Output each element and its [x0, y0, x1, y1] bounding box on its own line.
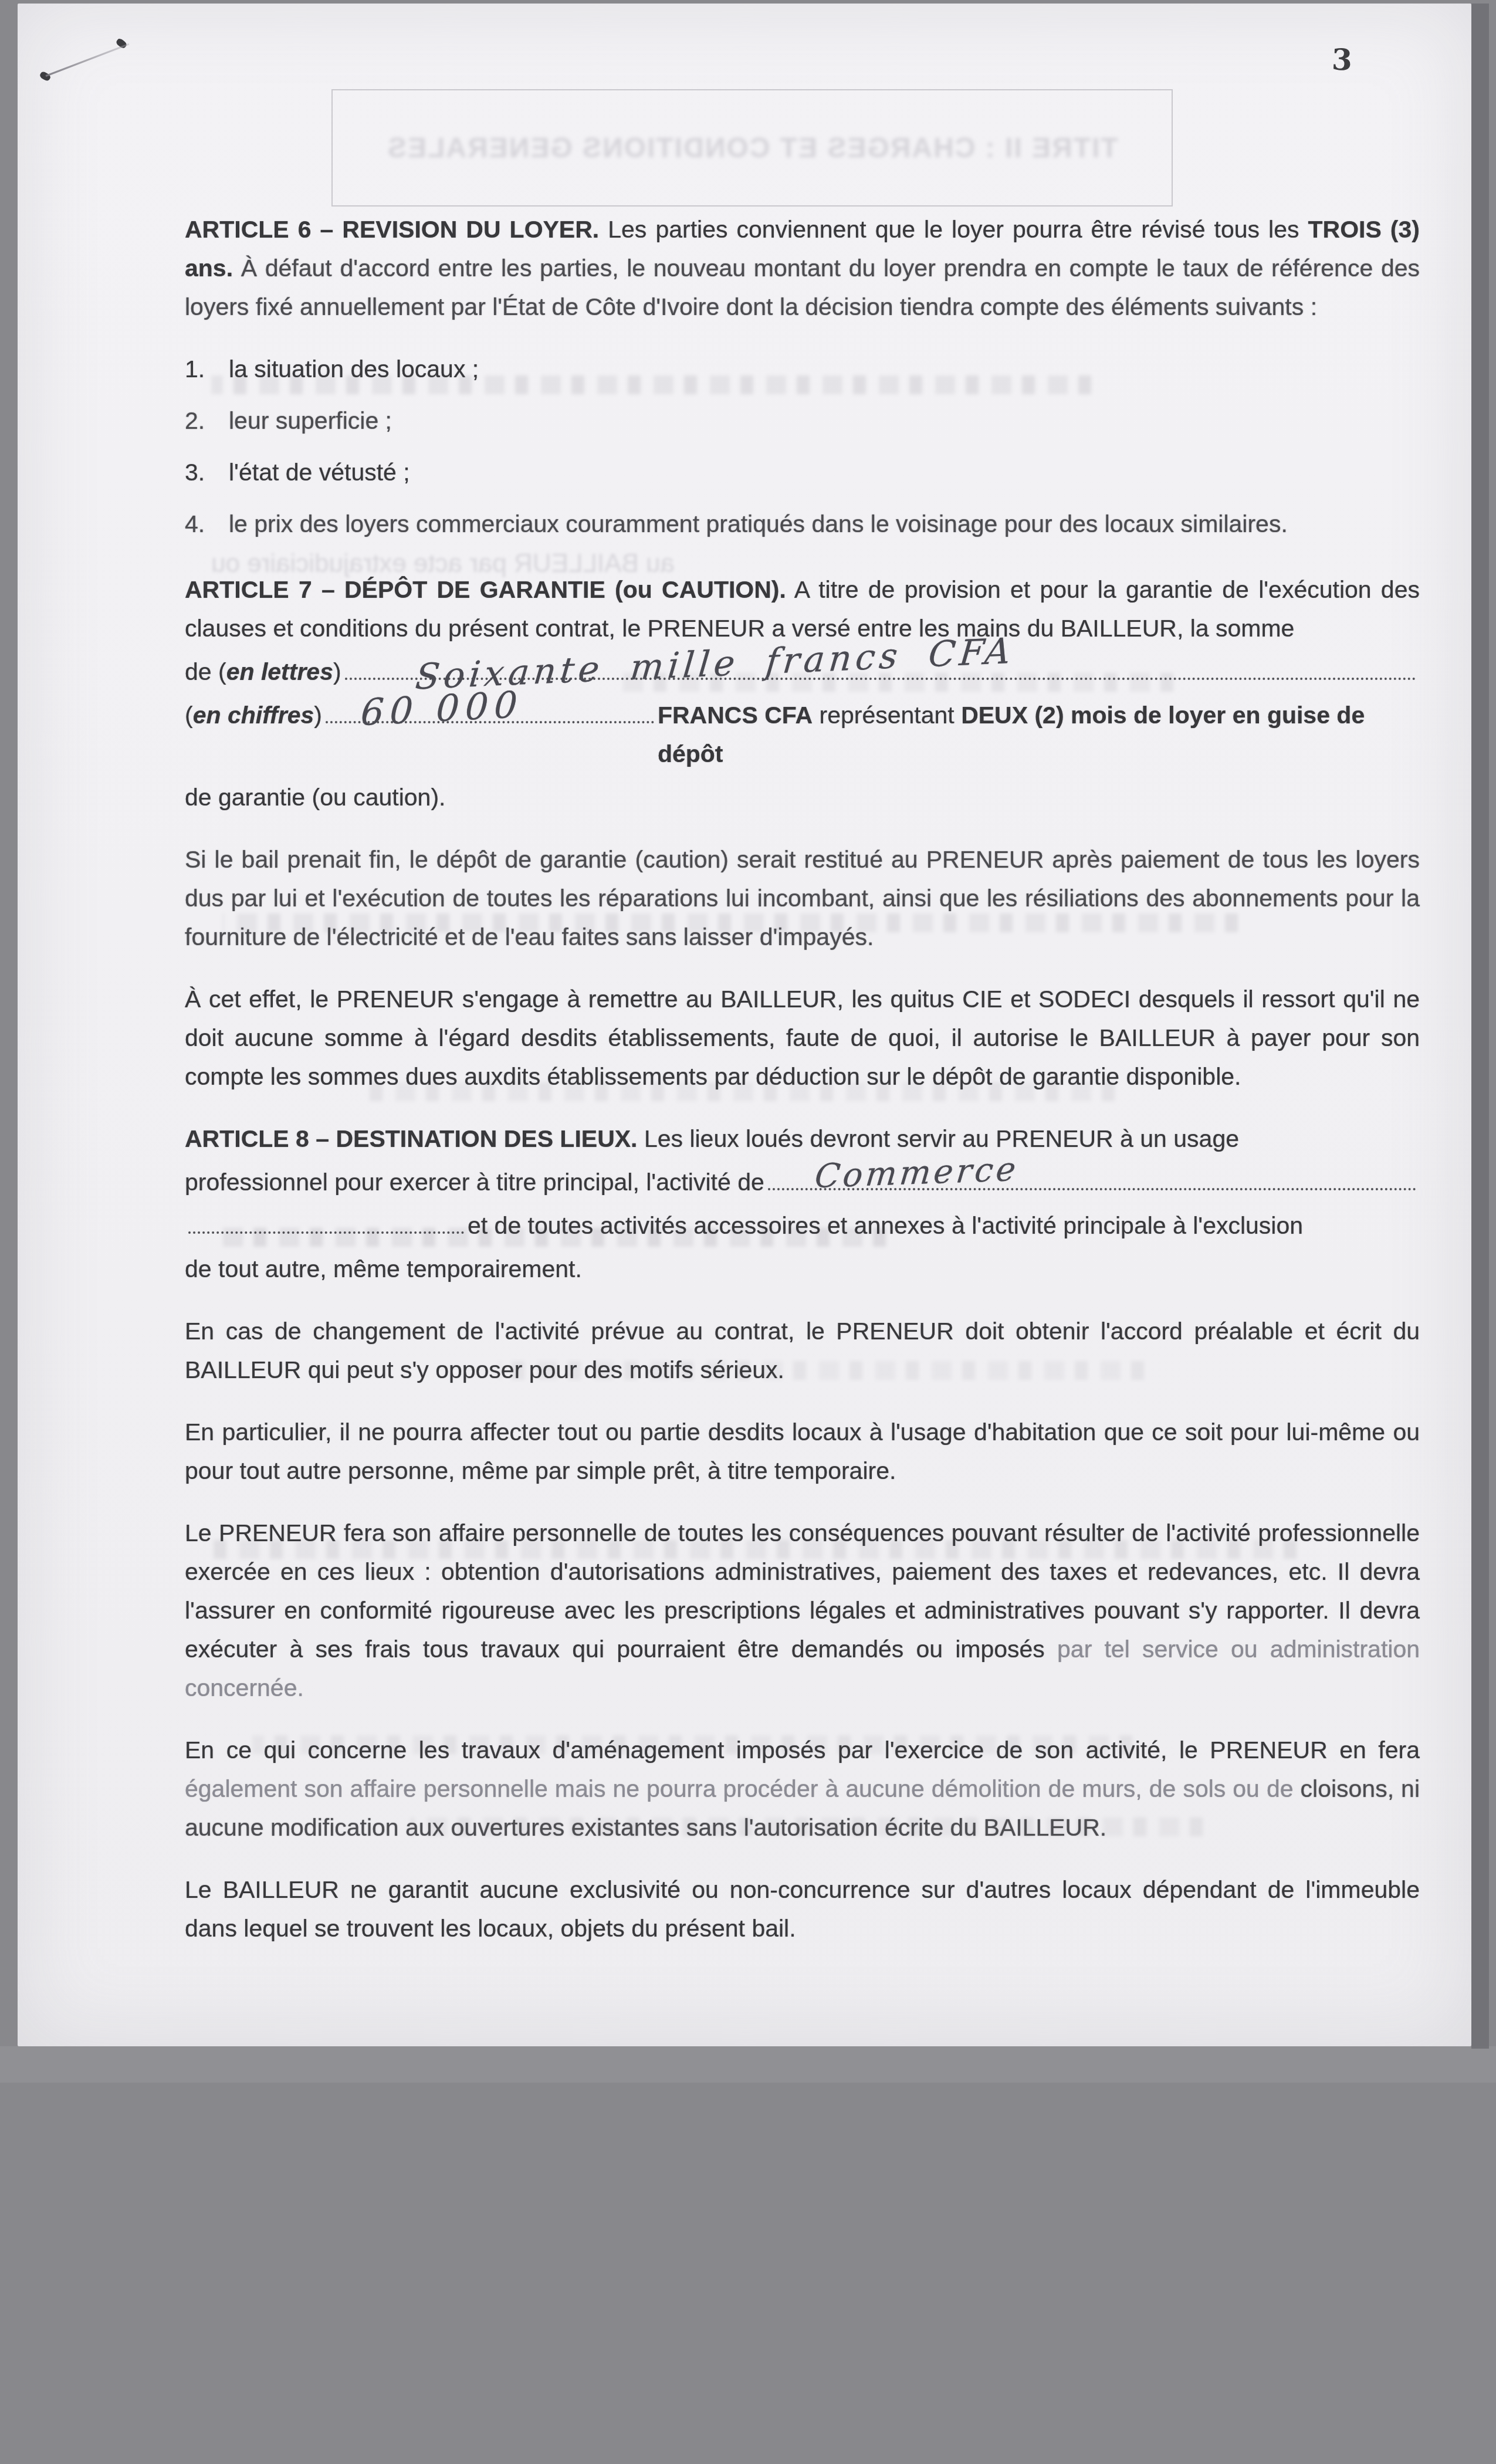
dotted-fill-line: 60 000	[326, 713, 654, 723]
document-page: 3 TITRE II : CHARGES ET CONDITIONS GENER…	[18, 4, 1471, 2046]
staple-mark-icon	[39, 70, 52, 82]
amount-in-figures-line: (en chiffres) 60 000 FRANCS CFA représen…	[185, 696, 1420, 773]
bail-end-paragraph: Si le bail prenait fin, le dépôt de gara…	[185, 840, 1420, 956]
list-item-text: la situation des locaux ;	[229, 350, 1420, 388]
list-item-number: 4.	[185, 505, 229, 543]
article-6-lead: Les parties conviennent que le loyer pou…	[599, 216, 1308, 243]
activity-change-paragraph: En cas de changement de l'activité prévu…	[185, 1312, 1420, 1389]
article-7-heading: ARTICLE 7 – DÉPÔT DE GARANTIE (ou CAUTIO…	[185, 576, 786, 603]
article-6-paragraph: ARTICLE 6 – REVISION DU LOYER. Les parti…	[185, 210, 1420, 326]
list-item-text: le prix des loyers commerciaux courammen…	[229, 505, 1420, 543]
page-edge-shadow	[1471, 4, 1489, 2049]
activity-line: professionnel pour exercer à titre princ…	[185, 1163, 1420, 1201]
article-8-paragraph: ARTICLE 8 – DESTINATION DES LIEUX. Les l…	[185, 1119, 1420, 1158]
article-8-heading: ARTICLE 8 – DESTINATION DES LIEUX.	[185, 1125, 638, 1152]
non-concurrence-paragraph: Le BAILLEUR ne garantit aucune exclusivi…	[185, 1870, 1420, 1948]
preneur-obligations-paragraph: Le PRENEUR fera son affaire personnelle …	[185, 1514, 1420, 1707]
caution-line: de garantie (ou caution).	[185, 778, 1420, 817]
quitus-paragraph: À cet effet, le PRENEUR s'engage à remet…	[185, 980, 1420, 1096]
list-item: 2. leur superficie ;	[185, 401, 1420, 440]
article-6-list: 1. la situation des locaux ; 2. leur sup…	[185, 350, 1420, 543]
habitation-paragraph: En particulier, il ne pourra affecter to…	[185, 1413, 1420, 1490]
deposit-sentence: FRANCS CFA représentant DEUX (2) mois de…	[658, 696, 1420, 773]
dotted-fill-line: Commerce	[768, 1180, 1416, 1190]
scanner-background: 3 TITRE II : CHARGES ET CONDITIONS GENER…	[0, 0, 1496, 2464]
dotted-fill-line	[188, 1223, 464, 1234]
article-7-paragraph: ARTICLE 7 – DÉPÔT DE GARANTIE (ou CAUTIO…	[185, 570, 1420, 648]
article-6-rest: À défaut d'accord entre les parties, le …	[185, 255, 1420, 320]
faded-print-text: également son affaire personnelle mais n…	[185, 1775, 1301, 1802]
list-item-text: l'état de vétusté ;	[229, 453, 1420, 492]
article-6-heading: ARTICLE 6 – REVISION DU LOYER.	[185, 216, 599, 243]
activity-continuation-line: et de toutes activités accessoires et an…	[185, 1206, 1420, 1245]
list-item: 1. la situation des locaux ;	[185, 350, 1420, 388]
exclusion-line: de tout autre, même temporairement.	[185, 1250, 1420, 1288]
list-item-number: 2.	[185, 401, 229, 440]
bleedthrough-header-text: TITRE II : CHARGES ET CONDITIONS GENERAL…	[387, 132, 1118, 164]
activity-continuation-text: et de toutes activités accessoires et an…	[468, 1206, 1303, 1245]
list-item: 3. l'état de vétusté ;	[185, 453, 1420, 492]
amount-in-figures-label: (en chiffres)	[185, 696, 322, 735]
amount-in-words-label: de (en lettres)	[185, 652, 341, 691]
list-item-text: leur superficie ;	[229, 401, 1420, 440]
scanner-bed-band	[0, 2046, 1496, 2083]
paper-crease	[45, 43, 129, 77]
handwritten-amount-figures: 60 000	[360, 685, 524, 733]
list-item-number: 3.	[185, 453, 229, 492]
handwritten-activity: Commerce	[813, 1150, 1020, 1196]
amount-in-words-line: de (en lettres) Soixante mille francs CF…	[185, 652, 1420, 691]
bleedthrough-header-box: TITRE II : CHARGES ET CONDITIONS GENERAL…	[331, 89, 1173, 207]
list-item-number: 1.	[185, 350, 229, 388]
amenagement-paragraph: En ce qui concerne les travaux d'aménage…	[185, 1731, 1420, 1847]
list-item: 4. le prix des loyers commerciaux couram…	[185, 505, 1420, 543]
contract-body: ARTICLE 6 – REVISION DU LOYER. Les parti…	[185, 210, 1420, 1971]
activity-label: professionnel pour exercer à titre princ…	[185, 1163, 764, 1201]
page-number: 3	[1331, 42, 1353, 77]
article-8-intro: Les lieux loués devront servir au PRENEU…	[638, 1125, 1240, 1152]
dotted-fill-line: Soixante mille francs CFA	[345, 669, 1416, 680]
